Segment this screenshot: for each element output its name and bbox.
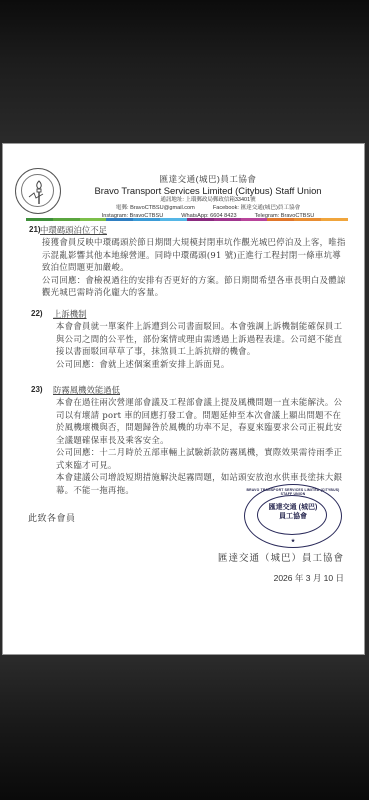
color-bar-segment	[80, 218, 107, 221]
section-body: 接獲會員反映中環碼頭於節日期間大規模封閉車坑作觀光城巴停泊及上客，唯指示混亂影響…	[42, 236, 348, 299]
color-bar-segment	[106, 218, 133, 221]
section-body: 本會會員就一單案件上訴遭到公司書面駁回。本會強調上訴機制能確保員工與公司之間的公…	[56, 320, 346, 370]
letterhead-text: 匯達交通(城巴)員工協會 Bravo Transport Services Li…	[63, 174, 353, 220]
section-heading: 23) 防霧風機效能過低	[31, 384, 120, 397]
color-bar-segment	[267, 218, 294, 221]
stamp-text-cn: 匯達交通 (城巴) 員工協會	[245, 503, 341, 521]
color-bar-segment	[187, 218, 214, 221]
section-heading: 22) 上訴機制	[31, 308, 87, 321]
color-bar-segment	[160, 218, 187, 221]
section-title: 防霧風機效能過低	[53, 384, 120, 397]
letterhead: 匯達交通(城巴)員工協會 Bravo Transport Services Li…	[3, 144, 364, 224]
section-number: 23)	[31, 384, 53, 397]
facebook-contact: Facebook: 匯達交通(城巴)員工協會	[213, 204, 300, 212]
section-body: 本會在過往兩次營運部會議及工程部會議上提及風機問題一直未能解決。公司以有壞請 p…	[56, 396, 346, 496]
company-response: 公司回應：十二月時於五部車輛上試驗新款防霧風機，實際效果需待雨季正式來臨才可見。	[56, 446, 346, 471]
section-heading: 21) 中環碼頭泊位不足	[29, 224, 107, 237]
color-bar-segment	[214, 218, 241, 221]
torch-icon	[26, 178, 52, 206]
notice-document-page: 匯達交通(城巴)員工協會 Bravo Transport Services Li…	[2, 143, 365, 655]
document-date: 2026 年 3 月 10 日	[274, 572, 344, 584]
contact-row-1: 電郵: BravoCTBSU@gmail.com Facebook: 匯達交通(…	[63, 204, 353, 212]
section-paragraph: 本會在過往兩次營運部會議及工程部會議上提及風機問題一直未能解決。公司以有壞請 p…	[56, 396, 346, 446]
section-paragraph: 本會會員就一單案件上訴遭到公司書面駁回。本會強調上訴機制能確保員工與公司之間的公…	[56, 320, 346, 358]
postal-address: 通訊地址: 上環郵政局郵政信箱33401號	[63, 196, 353, 204]
section-paragraph: 接獲會員反映中環碼頭於節日期間大規模封閉車坑作觀光城巴停泊及上客，唯指示混亂影響…	[42, 236, 348, 274]
company-response: 公司回應：會檢視過往的安排有否更好的方案。節日期間希望各車長明白及體諒觀光城巴需…	[42, 274, 348, 299]
color-bar-segment	[53, 218, 80, 221]
section-title: 中環碼頭泊位不足	[40, 224, 107, 237]
section-number: 22)	[31, 308, 53, 321]
email-contact: 電郵: BravoCTBSU@gmail.com	[116, 204, 195, 212]
section-title: 上訴機制	[53, 308, 87, 321]
stamp-cn-line1: 匯達交通 (城巴)	[245, 503, 341, 512]
company-response: 公司回應：會就上述個案重新安排上訴面見。	[56, 358, 346, 371]
stamp-cn-line2: 員工協會	[245, 512, 341, 521]
color-bar-segment	[133, 218, 160, 221]
color-bar-segment	[321, 218, 348, 221]
color-bar-segment	[26, 218, 53, 221]
color-bar-segment	[241, 218, 268, 221]
union-seal-stamp: BRAVO TRANSPORT SERVICES LIMITED (CITYBU…	[244, 484, 342, 548]
union-name-en: Bravo Transport Services Limited (Citybu…	[63, 185, 353, 196]
signatory: 匯達交通（城巴）員工協會	[218, 550, 344, 564]
section-number: 21)	[29, 224, 40, 237]
union-logo	[15, 168, 61, 214]
letterhead-color-bar	[26, 218, 348, 221]
closing-salutation: 此致各會員	[28, 511, 76, 524]
color-bar-segment	[294, 218, 321, 221]
union-name-cn: 匯達交通(城巴)員工協會	[63, 174, 353, 185]
star-icon: ★	[245, 538, 341, 544]
